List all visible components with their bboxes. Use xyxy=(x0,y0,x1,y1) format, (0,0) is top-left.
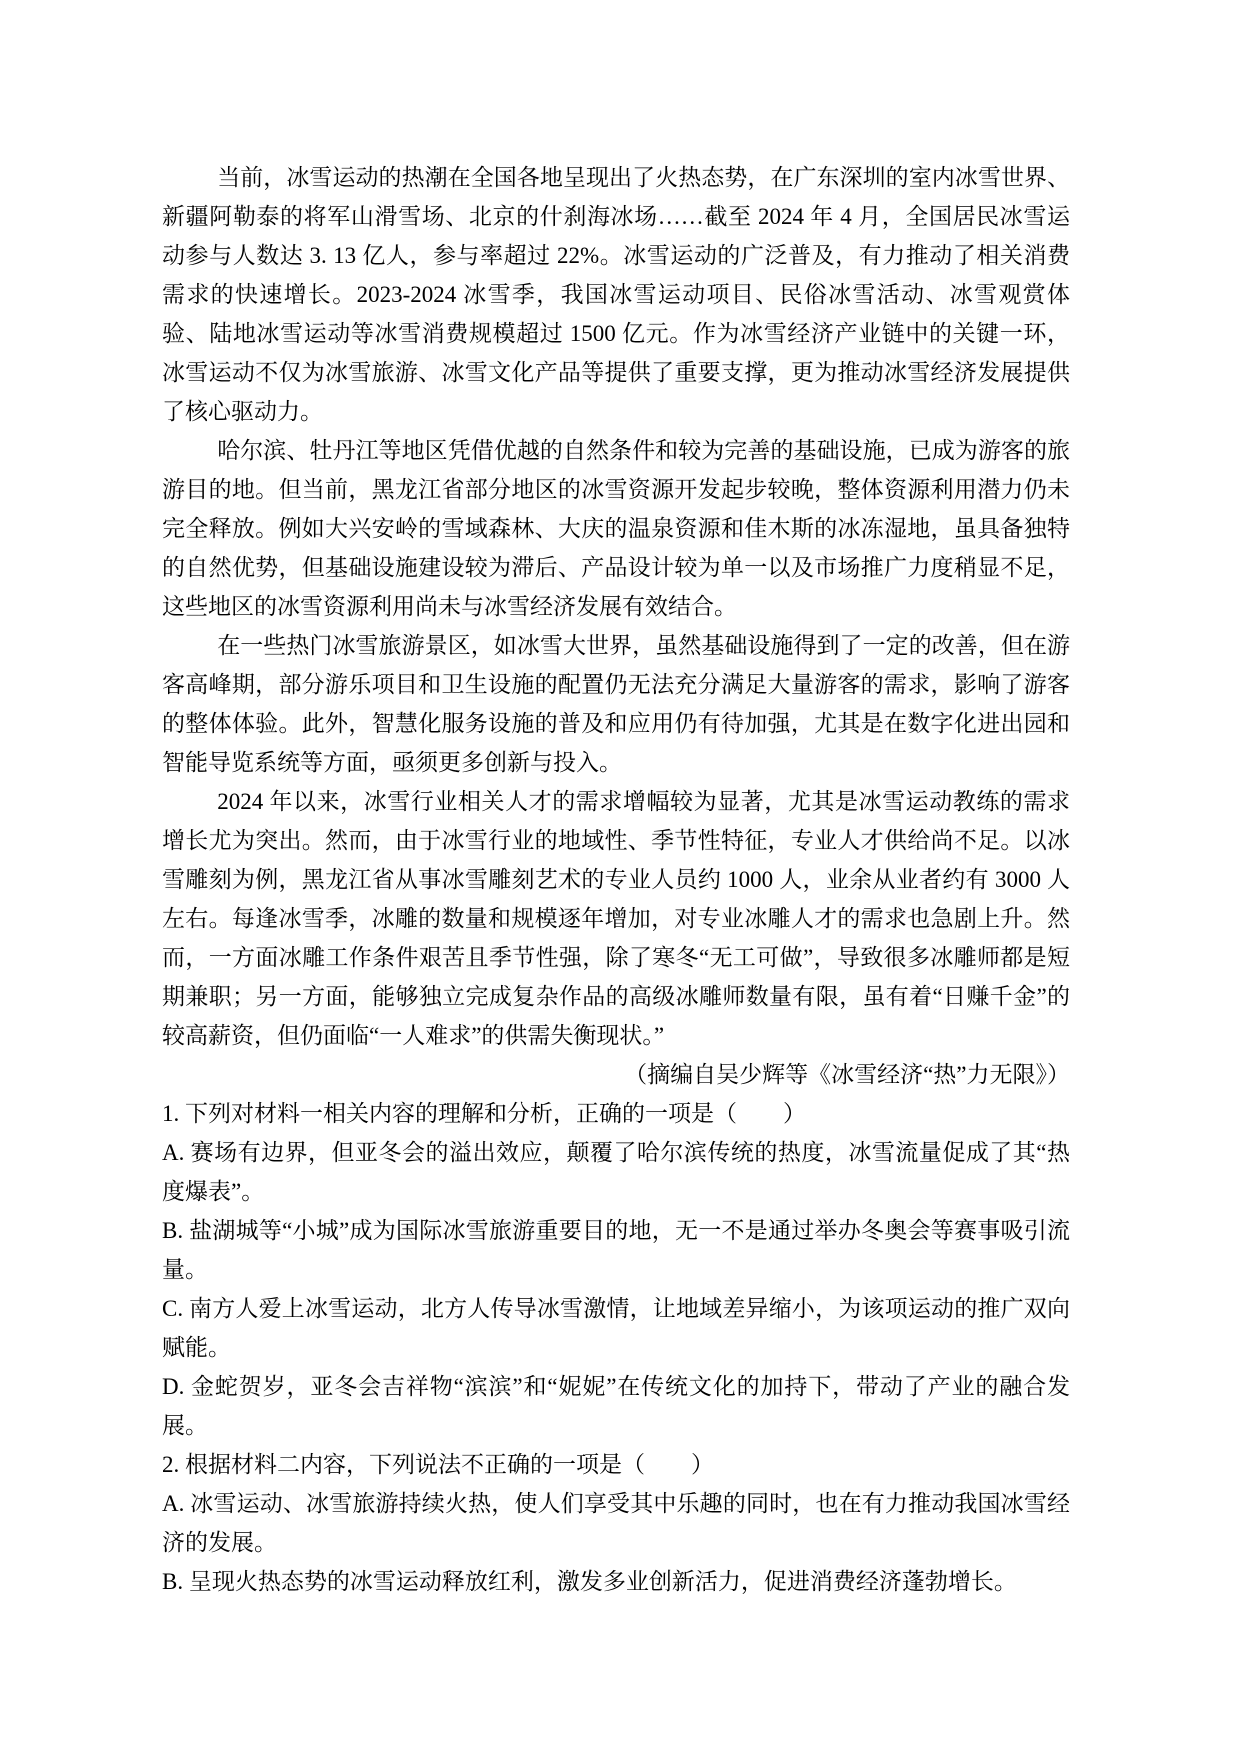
question-block-1: 1. 下列对材料一相关内容的理解和分析，正确的一项是（ ） A. 赛场有边界，但… xyxy=(162,1094,1070,1445)
passage-paragraph-2: 哈尔滨、牡丹江等地区凭借优越的自然条件和较为完善的基础设施，已成为游客的旅游目的… xyxy=(162,431,1070,626)
question-2-stem: 2. 根据材料二内容，下列说法不正确的一项是（ ） xyxy=(162,1445,1070,1484)
question-1-option-a: A. 赛场有边界，但亚冬会的溢出效应，颠覆了哈尔滨传统的热度，冰雪流量促成了其“… xyxy=(162,1133,1070,1211)
reading-passage: 当前，冰雪运动的热潮在全国各地呈现出了火热态势，在广东深圳的室内冰雪世界、新疆阿… xyxy=(162,158,1070,1094)
question-1-option-b: B. 盐湖城等“小城”成为国际冰雪旅游重要目的地，无一不是通过举办冬奥会等赛事吸… xyxy=(162,1211,1070,1289)
question-1-option-c: C. 南方人爱上冰雪运动，北方人传导冰雪激情，让地域差异缩小，为该项运动的推广双… xyxy=(162,1289,1070,1367)
question-1-stem: 1. 下列对材料一相关内容的理解和分析，正确的一项是（ ） xyxy=(162,1094,1070,1133)
question-1-option-d: D. 金蛇贺岁，亚冬会吉祥物“滨滨”和“妮妮”在传统文化的加持下，带动了产业的融… xyxy=(162,1367,1070,1445)
question-2-option-a: A. 冰雪运动、冰雪旅游持续火热，使人们享受其中乐趣的同时，也在有力推动我国冰雪… xyxy=(162,1484,1070,1562)
exam-document-page: 当前，冰雪运动的热潮在全国各地呈现出了火热态势，在广东深圳的室内冰雪世界、新疆阿… xyxy=(0,0,1240,1754)
passage-paragraph-1: 当前，冰雪运动的热潮在全国各地呈现出了火热态势，在广东深圳的室内冰雪世界、新疆阿… xyxy=(162,158,1070,431)
question-block-2: 2. 根据材料二内容，下列说法不正确的一项是（ ） A. 冰雪运动、冰雪旅游持续… xyxy=(162,1445,1070,1601)
passage-paragraph-3: 在一些热门冰雪旅游景区，如冰雪大世界，虽然基础设施得到了一定的改善，但在游客高峰… xyxy=(162,626,1070,782)
question-2-option-b: B. 呈现火热态势的冰雪运动释放红利，激发多业创新活力，促进消费经济蓬勃增长。 xyxy=(162,1562,1070,1601)
passage-attribution: （摘编自吴少辉等《冰雪经济“热”力无限》） xyxy=(162,1055,1070,1094)
passage-paragraph-4: 2024 年以来，冰雪行业相关人才的需求增幅较为显著，尤其是冰雪运动教练的需求增… xyxy=(162,782,1070,1055)
